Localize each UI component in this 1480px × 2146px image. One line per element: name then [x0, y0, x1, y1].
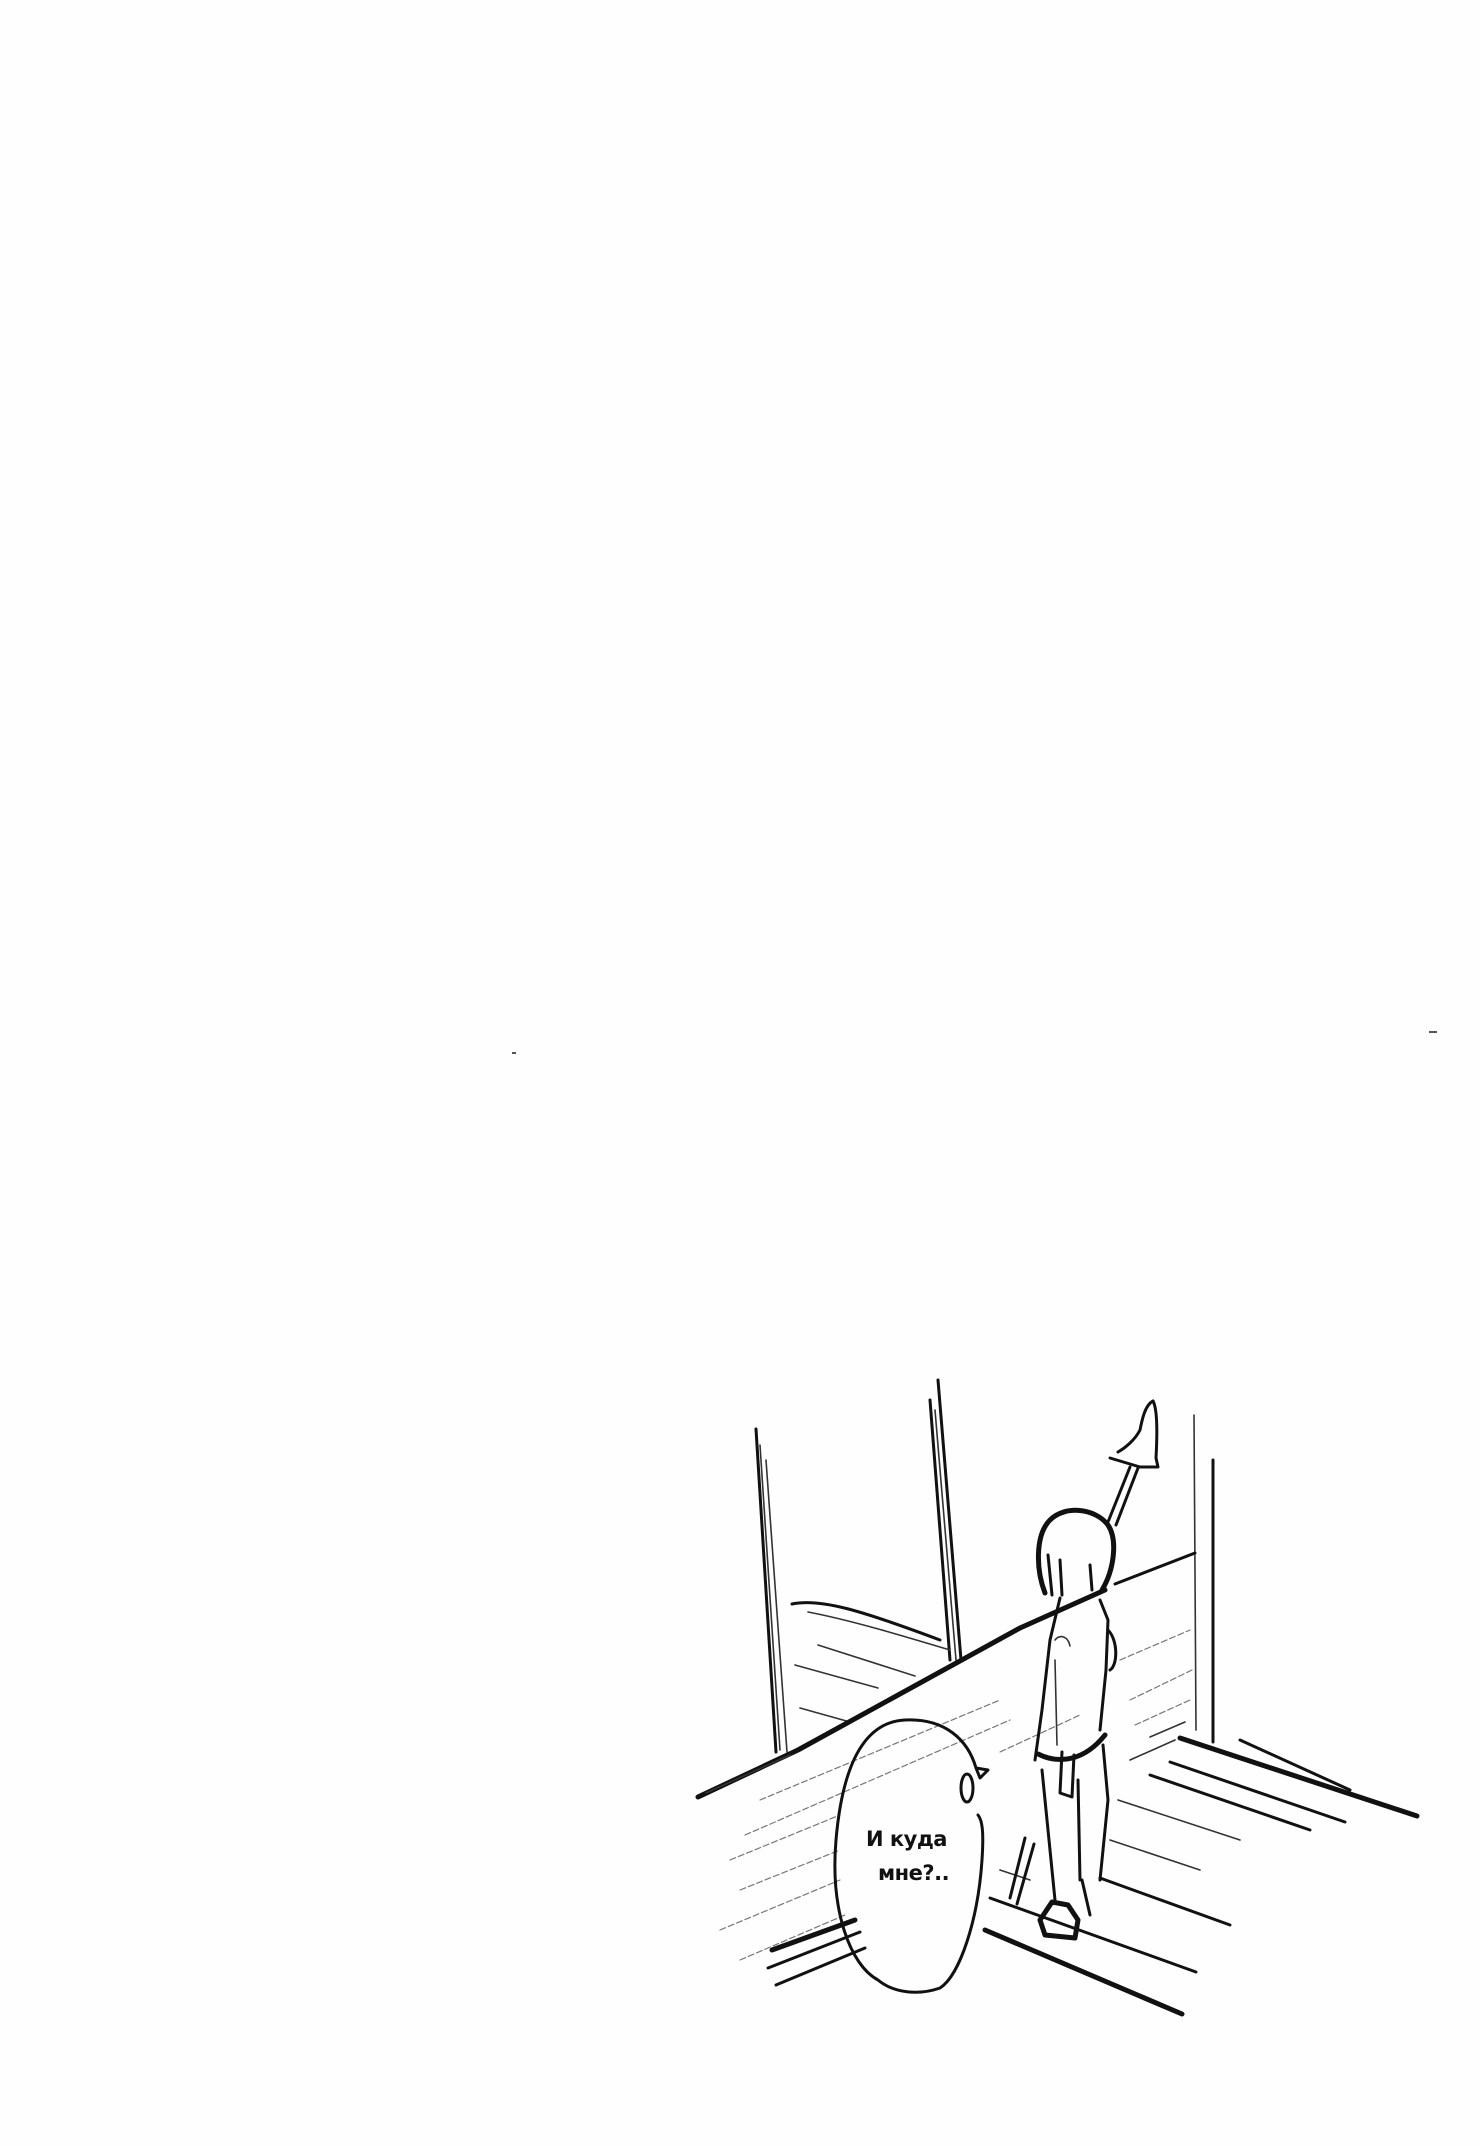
- spear: [1010, 1401, 1158, 1904]
- floor-hatching: [720, 1630, 1192, 1960]
- right-floor: [1130, 1722, 1417, 1830]
- speech-line-1: И куда: [848, 1822, 966, 1856]
- stray-marks: [512, 1031, 1437, 1054]
- standing-figure: [1035, 1510, 1116, 1938]
- panel-illustration: [0, 0, 1480, 2146]
- middle-pillar: [930, 1380, 961, 1660]
- left-pillar: [756, 1429, 787, 1752]
- manga-page: И куда мне?..: [0, 0, 1480, 2146]
- speech-bubble-text: И куда мне?..: [848, 1822, 966, 1890]
- speech-line-2: мне?..: [848, 1856, 966, 1890]
- back-floor: [792, 1603, 950, 1723]
- right-pillar: [1194, 1415, 1213, 1742]
